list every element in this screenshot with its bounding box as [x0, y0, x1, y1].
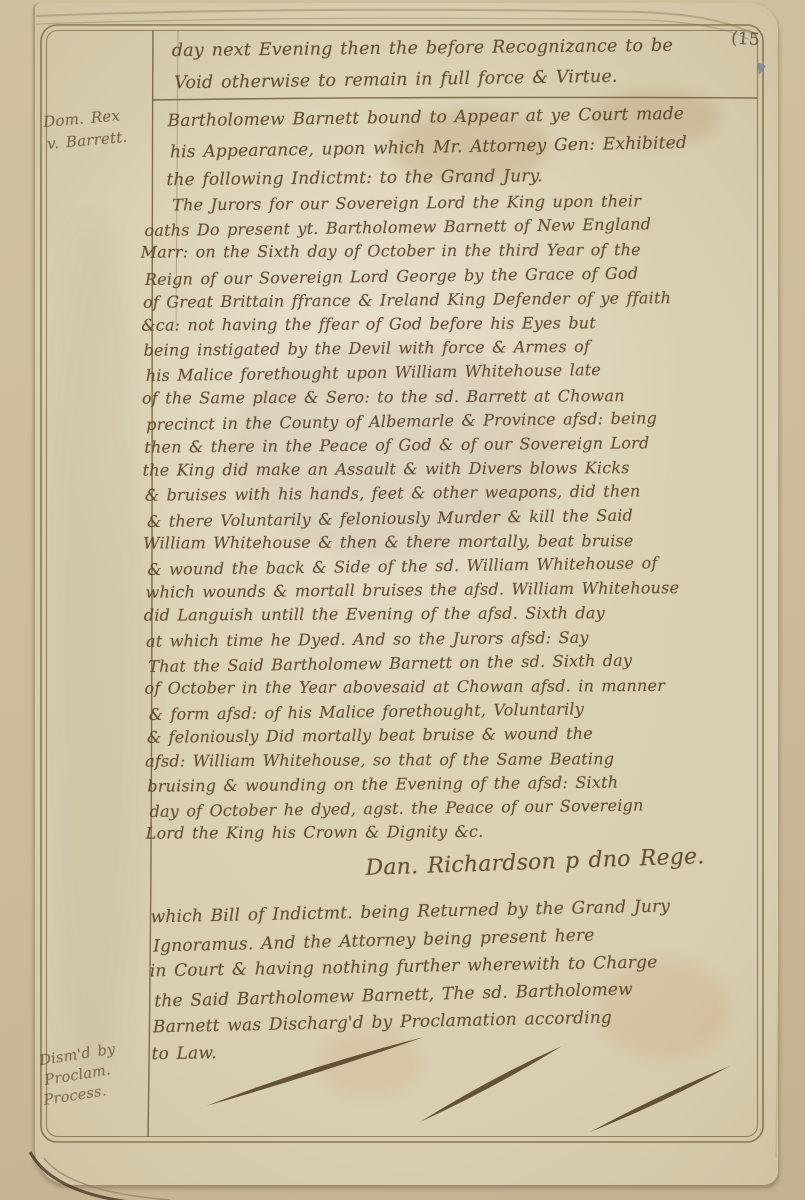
grand-jury-return-text: which Bill of Indictmt. being Returned b… [150, 892, 758, 1070]
manuscript-line: did Languish untill the Evening of the a… [144, 601, 762, 628]
indictment-body-text: The Jurors for our Sovereign Lord the Ki… [142, 188, 766, 847]
manuscript-line: &ca: not having the ffear of God before … [141, 310, 759, 337]
manuscript-photo-backdrop: { "manuscript": { "description_label": "… [0, 0, 805, 1200]
manuscript-line: the King did make an Assault & with Dive… [143, 456, 761, 483]
manuscript-line: Lord the King his Crown & Dignity &c. [146, 819, 764, 846]
carried-over-entry-text: day next Evening then the before Recogni… [172, 30, 753, 98]
appearance-entry-text: Bartholomew Barnett bound to Appear at y… [167, 98, 763, 196]
manuscript-line: afsd: William Whitehouse, so that of the… [145, 746, 763, 773]
